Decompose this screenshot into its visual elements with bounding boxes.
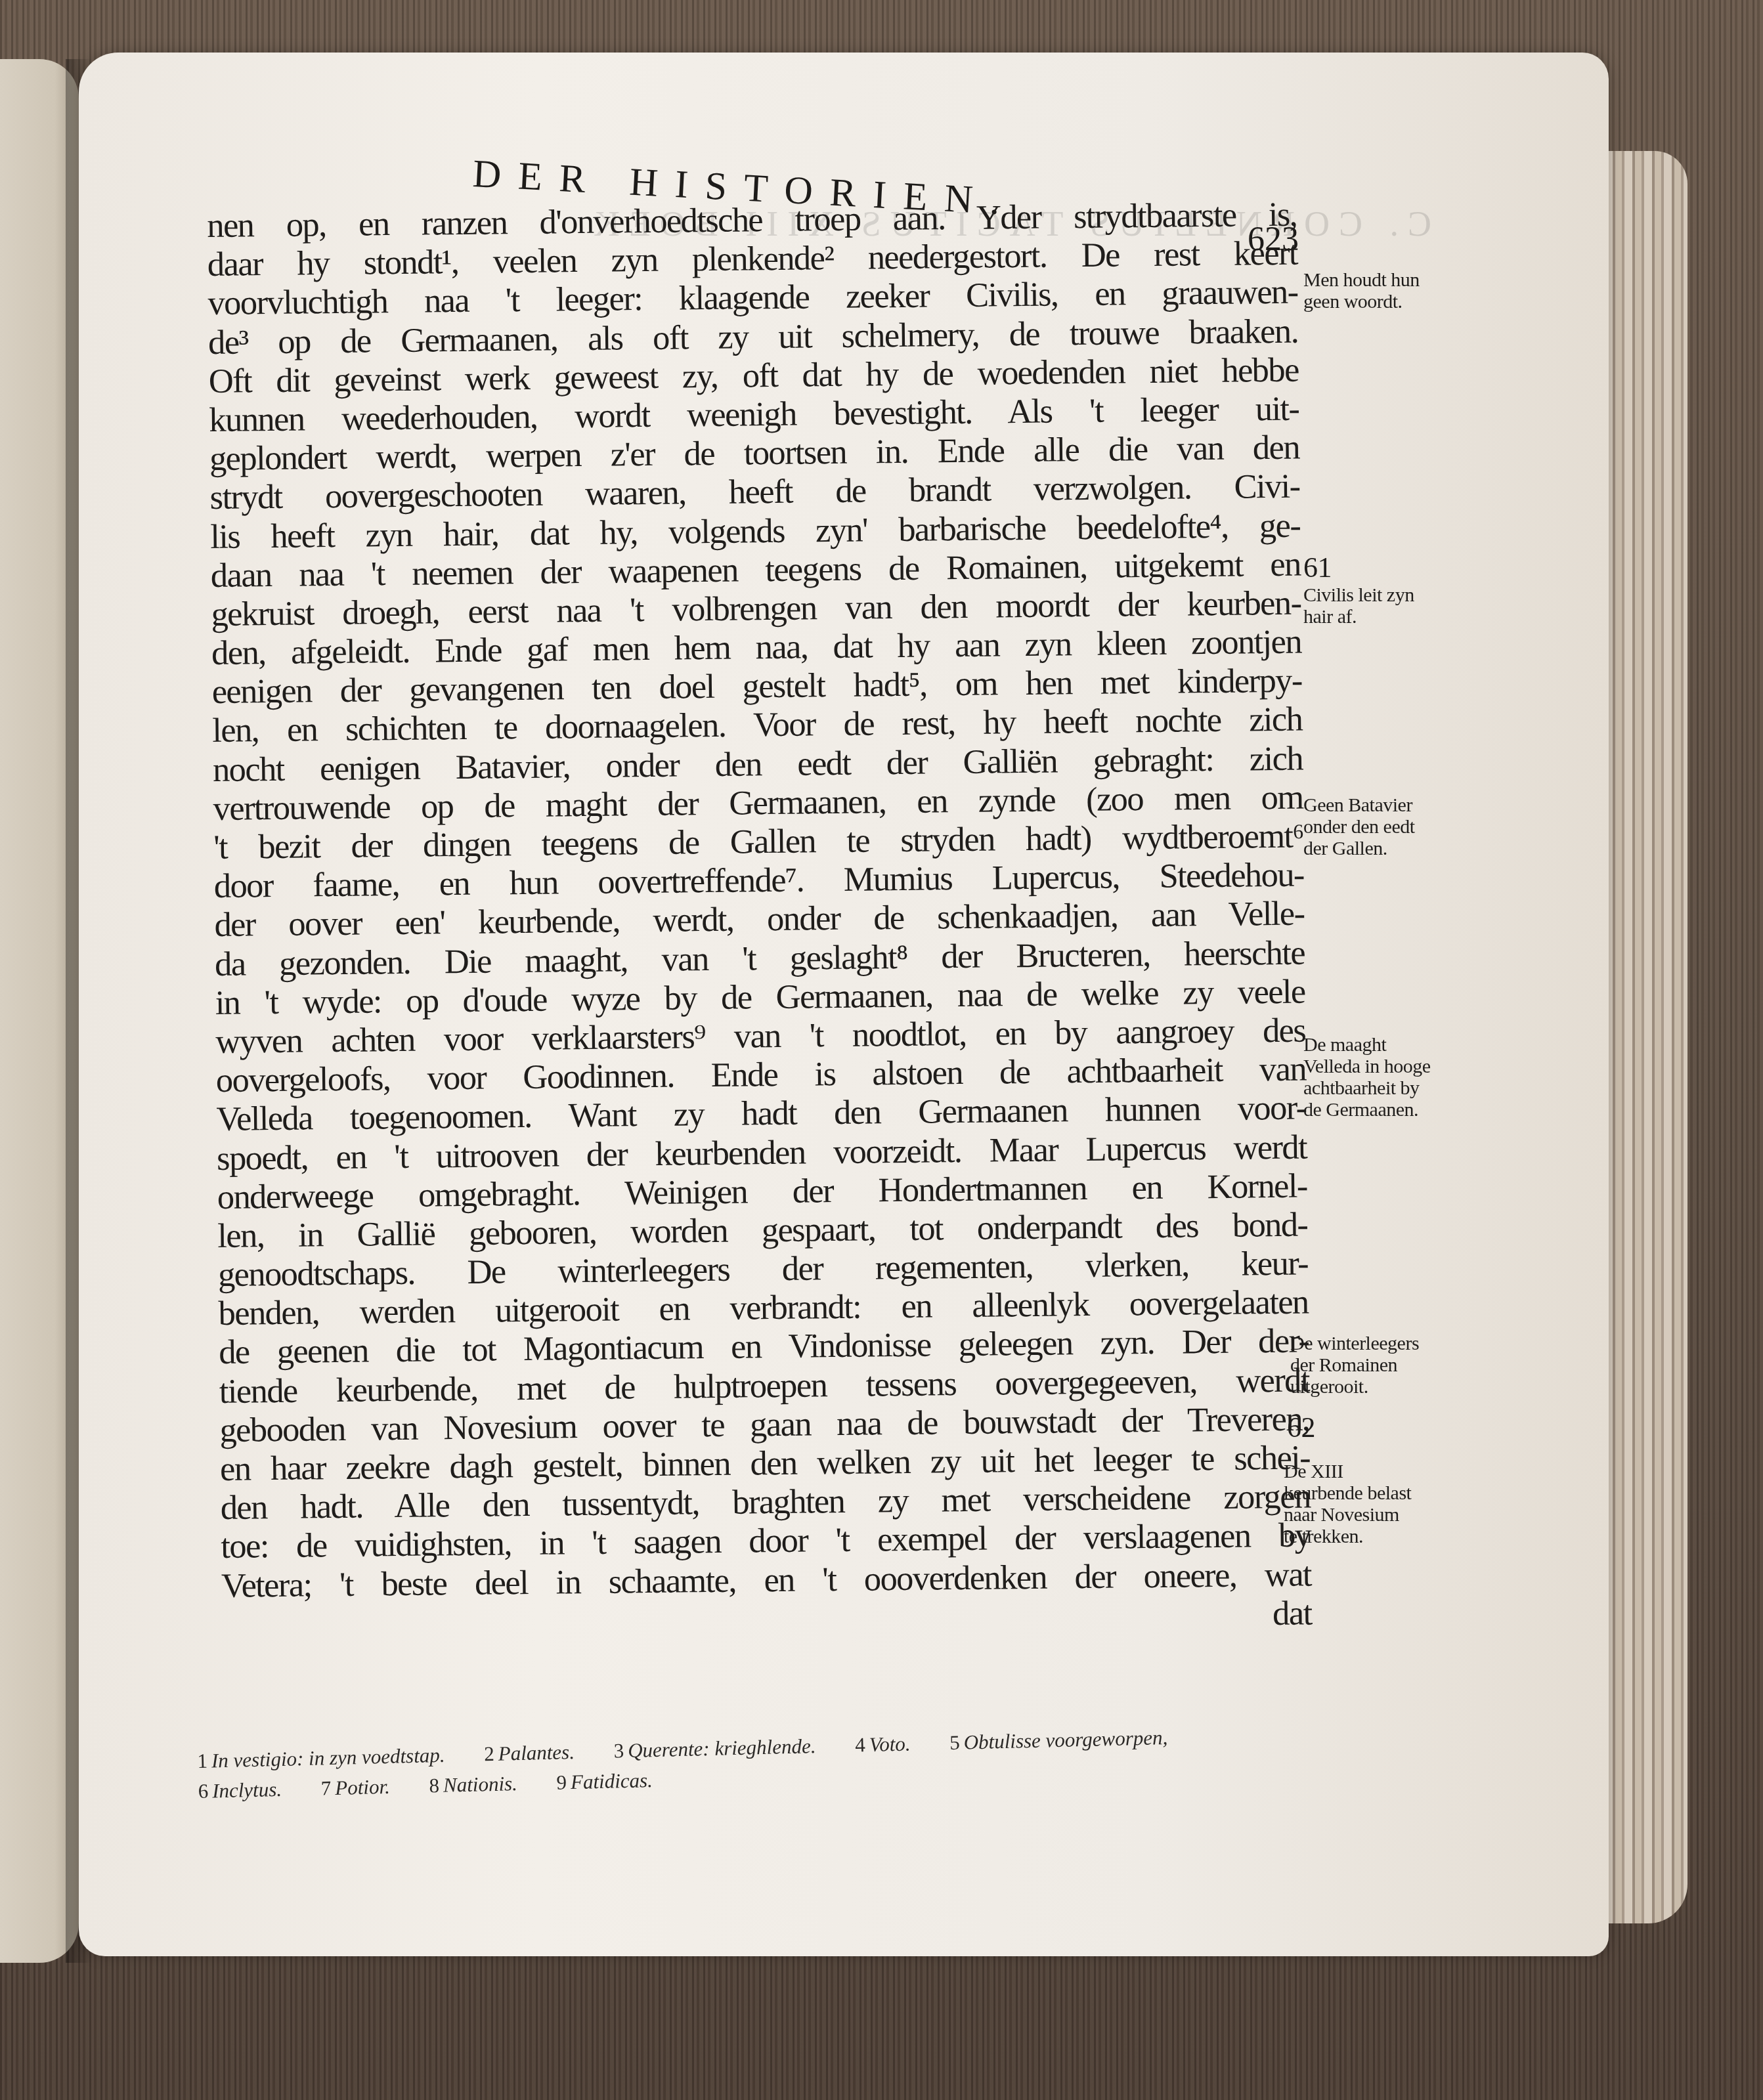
margin-note: 61 Civilis leit zyn hair af. bbox=[1303, 551, 1435, 628]
footnote: 8Nationis. bbox=[429, 1772, 517, 1797]
margin-note: Men houdt hun geen woordt. bbox=[1303, 269, 1435, 312]
margin-note-text: Men houdt hun geen woordt. bbox=[1303, 269, 1420, 312]
margin-note: De maaght Velleda in hooge achtbaarheit … bbox=[1303, 1034, 1435, 1121]
footnote: 1In vestigio: in zyn voedtstap. bbox=[197, 1744, 445, 1772]
margin-note-text: De XIII keurbende belast naar Novesium t… bbox=[1284, 1461, 1411, 1547]
margin-note: Geen Batavier onder den eedt der Gallen. bbox=[1303, 794, 1435, 859]
chapter-number: 62 bbox=[1287, 1411, 1326, 1444]
margin-note: De XIII keurbende belast naar Novesium t… bbox=[1284, 1461, 1415, 1547]
footnote: 5Obtulisse voorgeworpen, bbox=[949, 1726, 1168, 1754]
margin-note-text: Civilis leit zyn hair af. bbox=[1303, 584, 1414, 628]
margin-note: De winterleegers der Romainen uitgerooit… bbox=[1290, 1333, 1422, 1398]
chapter-number: 61 bbox=[1303, 551, 1435, 584]
footnote: 4Voto. bbox=[855, 1732, 911, 1756]
main-text-block: nen op, en ranzen d'onverhoedtsche troep… bbox=[207, 196, 1312, 1644]
footnote: 2Palantes. bbox=[484, 1740, 575, 1765]
margin-note-text: Geen Batavier onder den eedt der Gallen. bbox=[1303, 794, 1415, 859]
footnote: 7Potior. bbox=[320, 1775, 390, 1800]
margin-note-text: De maaght Velleda in hooge achtbaarheit … bbox=[1303, 1034, 1431, 1121]
margin-note: 62 bbox=[1287, 1411, 1326, 1444]
footnote: 6Inclytus. bbox=[198, 1778, 282, 1803]
footnote: 9Fatidicas. bbox=[556, 1768, 653, 1794]
margin-note-text: De winterleegers der Romainen uitgerooit… bbox=[1290, 1333, 1419, 1398]
footnote: 3Querente: krieghlende. bbox=[613, 1734, 816, 1763]
